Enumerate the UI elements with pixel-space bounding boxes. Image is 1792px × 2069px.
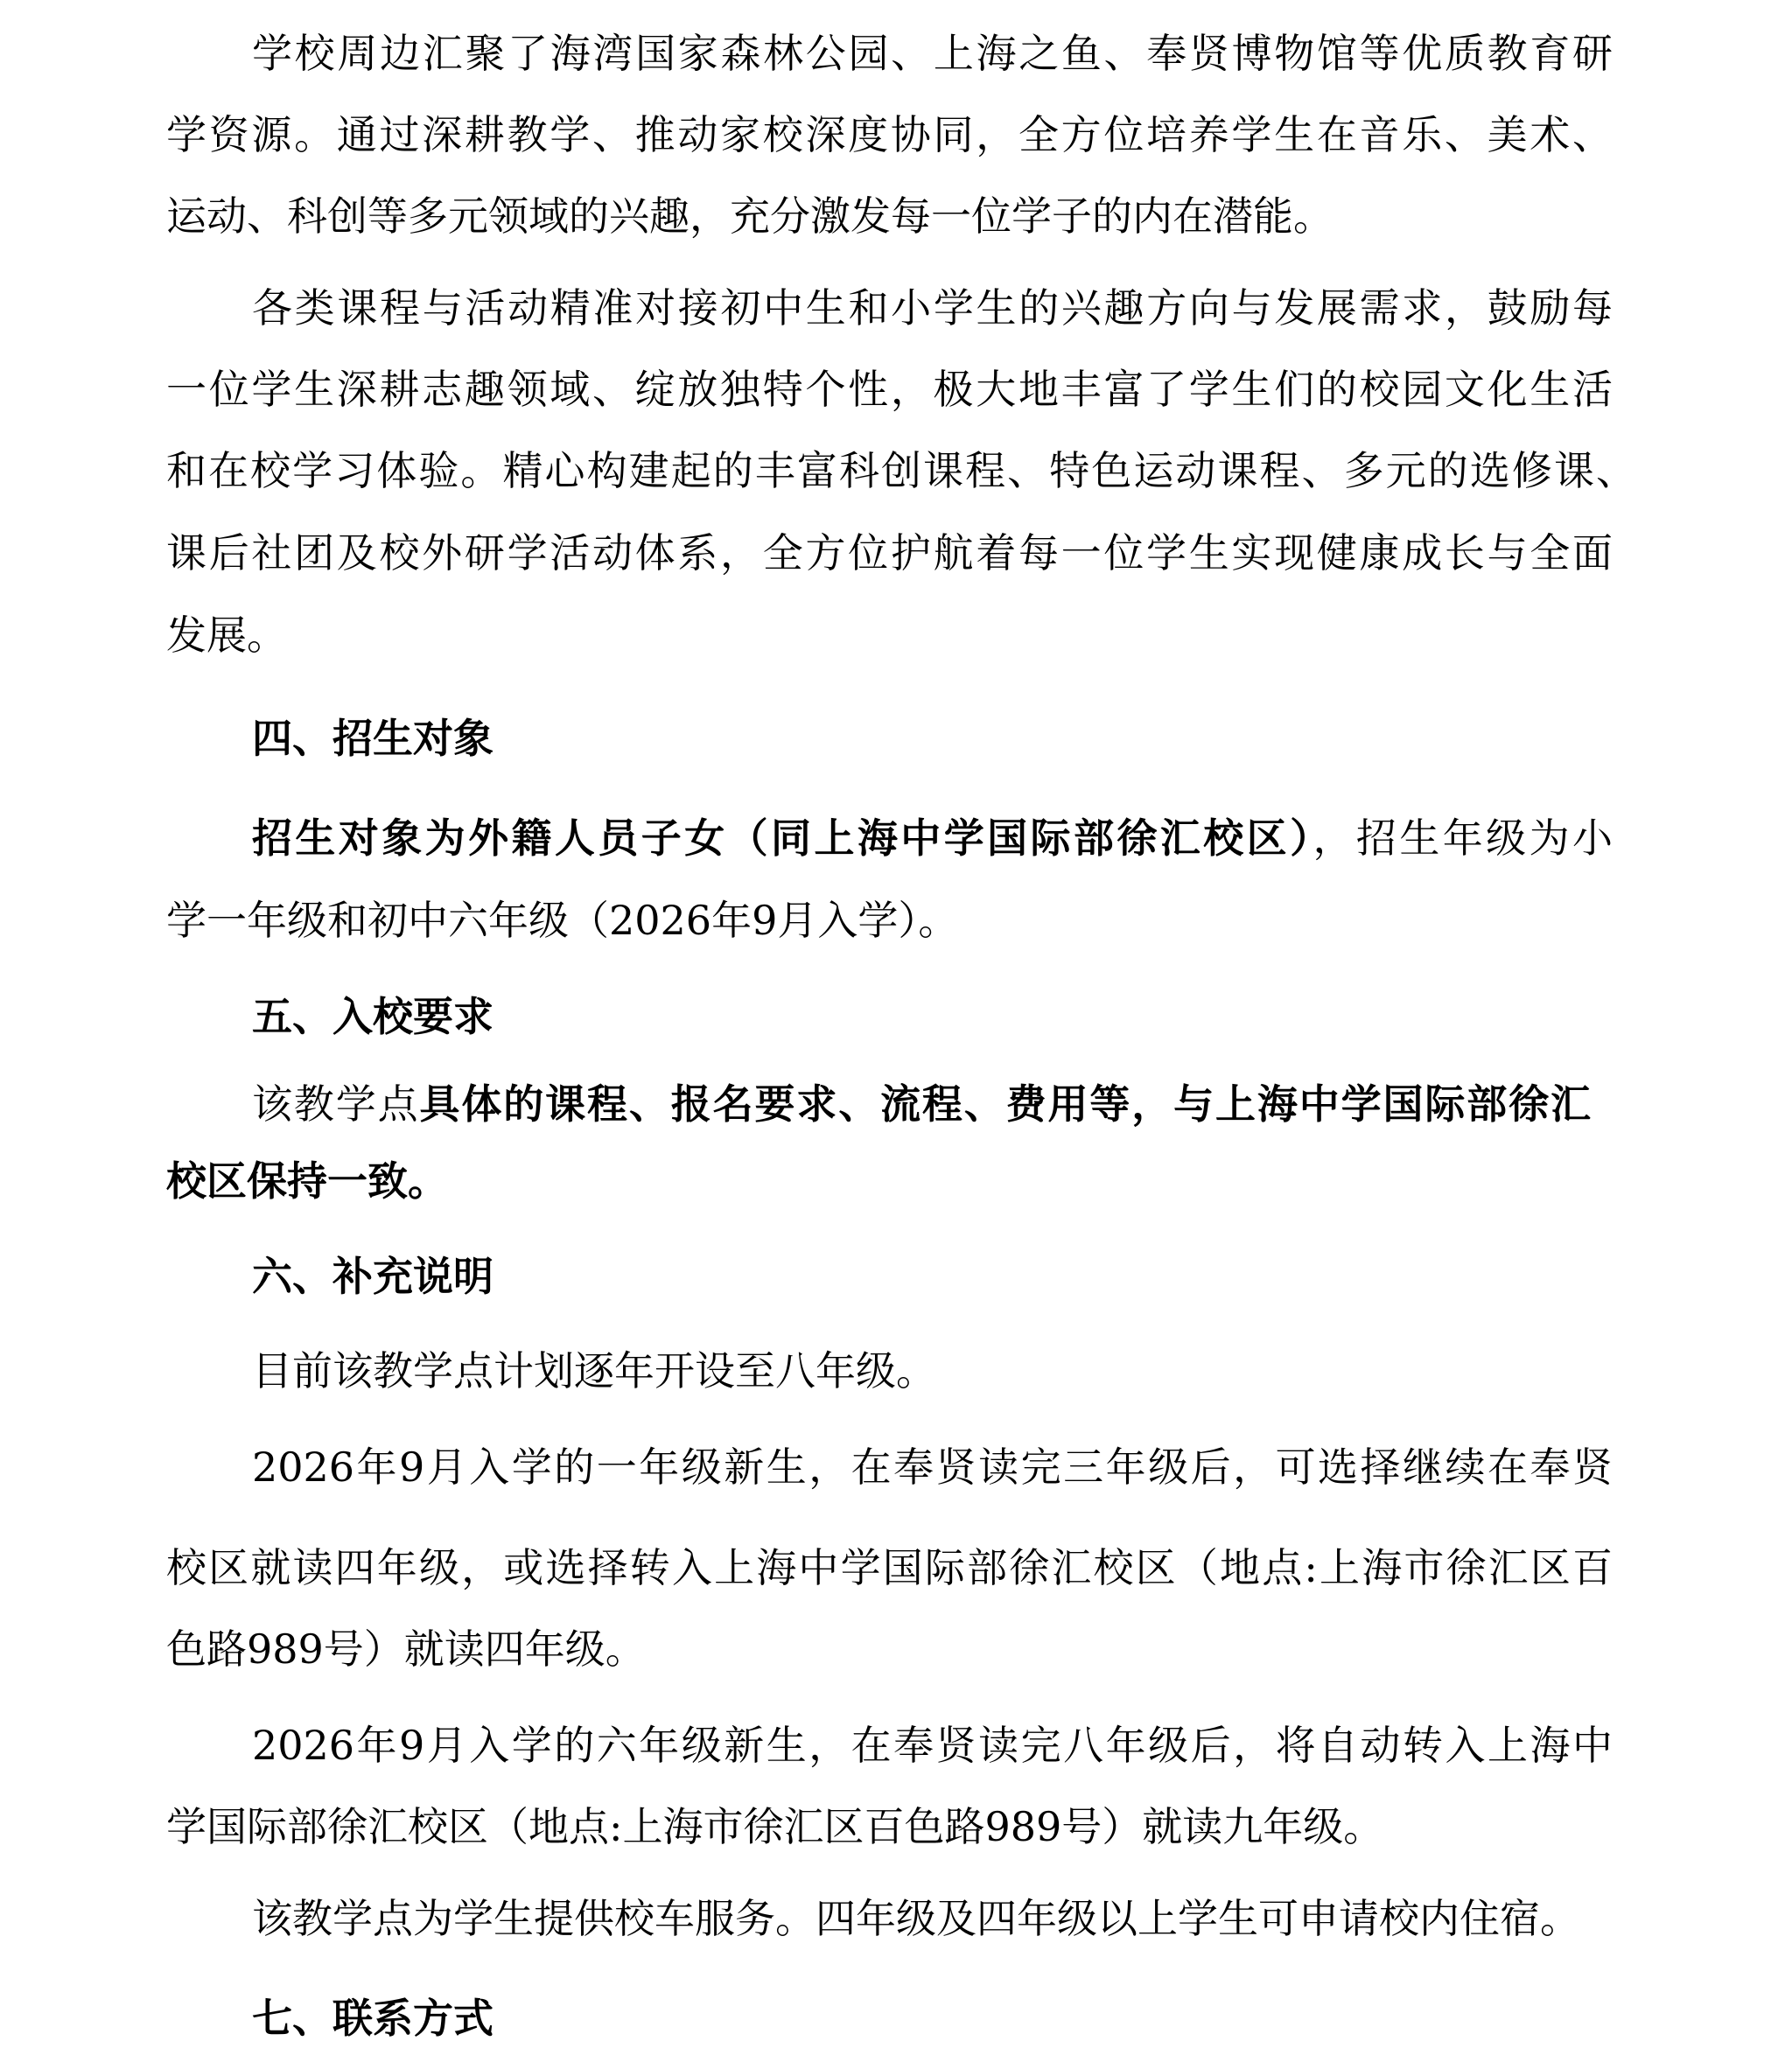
bold-text: 具体的课程、报名要求、流程、费用等，与上海中学国际部徐汇 [419, 1080, 1591, 1128]
paragraph-line: 学校周边汇聚了海湾国家森林公园、上海之鱼、奉贤博物馆等优质教育研 [252, 27, 1613, 80]
paragraph-line: 招生对象为外籍人员子女（同上海中学国际部徐汇校区），招生年级为小 [252, 812, 1613, 864]
section-heading-supplementary-notes: 六、补充说明 [252, 1250, 1613, 1303]
paragraph-line: 学国际部徐汇校区（地点:上海市徐汇区百色路989号）就读九年级。 [166, 1800, 1613, 1853]
normal-text: 该教学点 [252, 1080, 419, 1128]
paragraph-line: 2026年9月入学的一年级新生，在奉贤读完三年级后，可选择继续在奉贤 [252, 1441, 1613, 1493]
paragraph-line: 课后社团及校外研学活动体系，全方位护航着每一位学生实现健康成长与全面 [166, 527, 1613, 579]
paragraph-line: 该教学点具体的课程、报名要求、流程、费用等，与上海中学国际部徐汇 [252, 1078, 1591, 1130]
paragraph-line: 发展。 [166, 609, 1613, 661]
paragraph-line: 色路989号）就读四年级。 [166, 1623, 1613, 1675]
section-heading-admission-requirements: 五、入校要求 [252, 990, 1613, 1043]
paragraph-line: 该教学点为学生提供校车服务。四年级及四年级以上学生可申请校内住宿。 [252, 1892, 1613, 1945]
paragraph-line: 校区保持一致。 [166, 1155, 1613, 1207]
document-page: 学校周边汇聚了海湾国家森林公园、上海之鱼、奉贤博物馆等优质教育研 学资源。通过深… [0, 0, 1792, 2069]
paragraph-line: 目前该教学点计划逐年开设至八年级。 [252, 1345, 1613, 1397]
section-heading-enrollment-target: 四、招生对象 [252, 712, 1613, 765]
bold-text: 招生对象为外籍人员子女（同上海中学国际部徐汇校区） [252, 814, 1312, 862]
paragraph-line: 2026年9月入学的六年级新生，在奉贤读完八年级后，将自动转入上海中 [252, 1719, 1613, 1772]
paragraph-line: 学一年级和初中六年级（2026年9月入学）。 [166, 894, 1613, 947]
normal-text: ，招生年级为小 [1312, 814, 1613, 862]
paragraph-line: 运动、科创等多元领域的兴趣，充分激发每一位学子的内在潜能。 [166, 190, 1613, 242]
paragraph-line: 和在校学习体验。精心构建起的丰富科创课程、特色运动课程、多元的选修课、 [166, 444, 1636, 497]
paragraph-line: 各类课程与活动精准对接初中生和小学生的兴趣方向与发展需求，鼓励每 [252, 282, 1613, 334]
paragraph-line: 校区就读四年级，或选择转入上海中学国际部徐汇校区（地点:上海市徐汇区百 [166, 1541, 1613, 1594]
section-heading-contact-info: 七、联系方式 [252, 1992, 1613, 2045]
paragraph-line: 一位学生深耕志趣领域、绽放独特个性，极大地丰富了学生们的校园文化生活 [166, 363, 1613, 416]
paragraph-line: 学资源。通过深耕教学、推动家校深度协同，全方位培养学生在音乐、美术、 [166, 108, 1613, 161]
